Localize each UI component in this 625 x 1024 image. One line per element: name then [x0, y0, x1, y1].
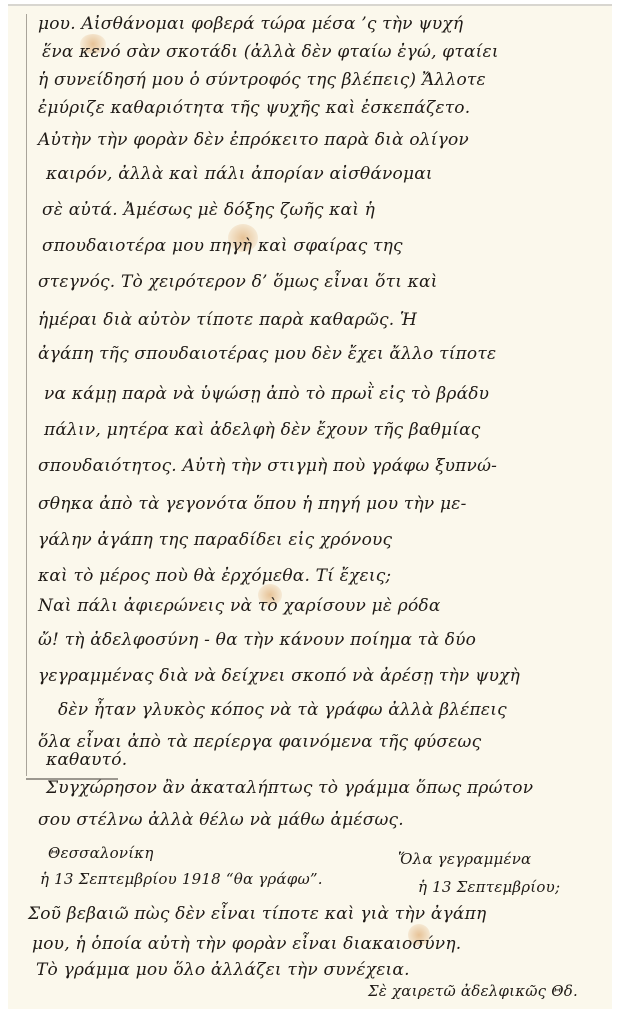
text-line: ἀγάπη τῆς σπουδαιοτέρας μου δὲν ἔχει ἄλλ… — [38, 344, 496, 364]
signature-line: Σὲ χαιρετῶ ἀδελφικῶς Θδ. — [368, 982, 578, 1000]
text-line: καιρόν, ἀλλὰ καὶ πάλι ἀπορίαν αἰσθάνομαι — [46, 164, 433, 184]
text-line: μου. Αἰσθάνομαι φοβερά τώρα μέσα ’ς τὴν … — [38, 14, 463, 34]
text-line: ἐμύριζε καθαριότητα τῆς ψυχῆς καὶ ἐσκεπά… — [38, 98, 470, 118]
text-line: Αὐτὴν τὴν φορὰν δὲν ἐπρόκειτο παρὰ διὰ ο… — [38, 130, 469, 150]
text-line: Σοῦ βεβαιῶ πὼς δὲν εἶναι τίποτε καὶ γιὰ … — [28, 904, 486, 924]
letter-page: μου. Αἰσθάνομαι φοβερά τώρα μέσα ’ς τὴν … — [8, 4, 612, 1009]
text-line: καθαυτό. — [46, 750, 127, 770]
text-line: πάλιν, μητέρα καὶ ἀδελφὴ δὲν ἔχουν τῆς β… — [44, 420, 480, 440]
text-line: να κάμῃ παρὰ νὰ ὑψώσῃ ἀπὸ τὸ πρωῒ εἰς τὸ… — [44, 384, 489, 404]
text-line: ἡμέραι διὰ αὐτὸν τίποτε παρὰ καθαρῶς. Ἡ — [38, 310, 417, 330]
date-line: ἡ 13 Σεπτεμβρίου 1918 “θα γράφω”. — [40, 870, 323, 888]
text-line: ἡ συνείδησή μου ὁ σύντροφός της βλέπεις)… — [38, 70, 486, 90]
text-line: μου, ἡ ὁποία αὐτὴ τὴν φορὰν εἶναι διακαι… — [32, 934, 461, 954]
text-line: σπουδαιότητος. Αὐτὴ τὴν στιγμὴ ποὺ γράφω… — [38, 456, 497, 476]
text-line: σὲ αὐτά. Ἀμέσως μὲ δόξης ζωῆς καὶ ἡ — [42, 200, 375, 220]
text-line: Συγχώρησον ἂν ἀκαταλήπτως τὸ γράμμα ὅπως… — [46, 778, 533, 798]
page-top-edge — [8, 4, 612, 6]
margin-rule — [26, 14, 27, 776]
text-line: Ναὶ πάλι ἀφιερώνεις νὰ τὸ χαρίσουν μὲ ρό… — [38, 596, 441, 616]
text-line: καὶ τὸ μέρος ποὺ θὰ ἐρχόμεθα. Τί ἔχεις; — [38, 566, 391, 586]
text-line: ἡ 13 Σεπτεμβρίου; — [418, 878, 560, 896]
text-line: δὲν ἦταν γλυκὸς κόπος νὰ τὰ γράφω ἀλλὰ β… — [58, 700, 507, 720]
text-line: γάλην ἀγάπη της παραδίδει εἰς χρόνους — [38, 530, 392, 550]
text-line: γεγραμμένας διὰ νὰ δείχνει σκοπό νὰ ἀρέσ… — [38, 666, 520, 686]
text-line: Ὅλα γεγραμμένα — [398, 850, 531, 868]
text-line: ἕνα κενό σὰν σκοτάδι (ἀλλὰ δὲν φταίω ἐγώ… — [42, 42, 499, 62]
text-line: Τὸ γράμμα μου ὅλο ἀλλάζει τὴν συνέχεια. — [36, 960, 410, 980]
text-line: σπουδαιοτέρα μου πηγὴ καὶ σφαίρας της — [42, 236, 403, 256]
text-line: σου στέλνω ἀλλὰ θέλω νὰ μάθω ἀμέσως. — [38, 810, 404, 830]
text-line: στεγνός. Τὸ χειρότερον δ’ ὅμως εἶναι ὅτι… — [38, 272, 438, 292]
text-line: σθηκα ἀπὸ τὰ γεγονότα ὅπου ἡ πηγή μου τὴ… — [38, 494, 467, 514]
text-line: ὤ! τὴ ἀδελφοσύνη - θα τὴν κάνουν ποίημα … — [38, 630, 476, 650]
text-line: ὅλα εἶναι ἀπὸ τὰ περίεργα φαινόμενα τῆς … — [38, 732, 481, 752]
place-line: Θεσσαλονίκη — [48, 844, 154, 862]
